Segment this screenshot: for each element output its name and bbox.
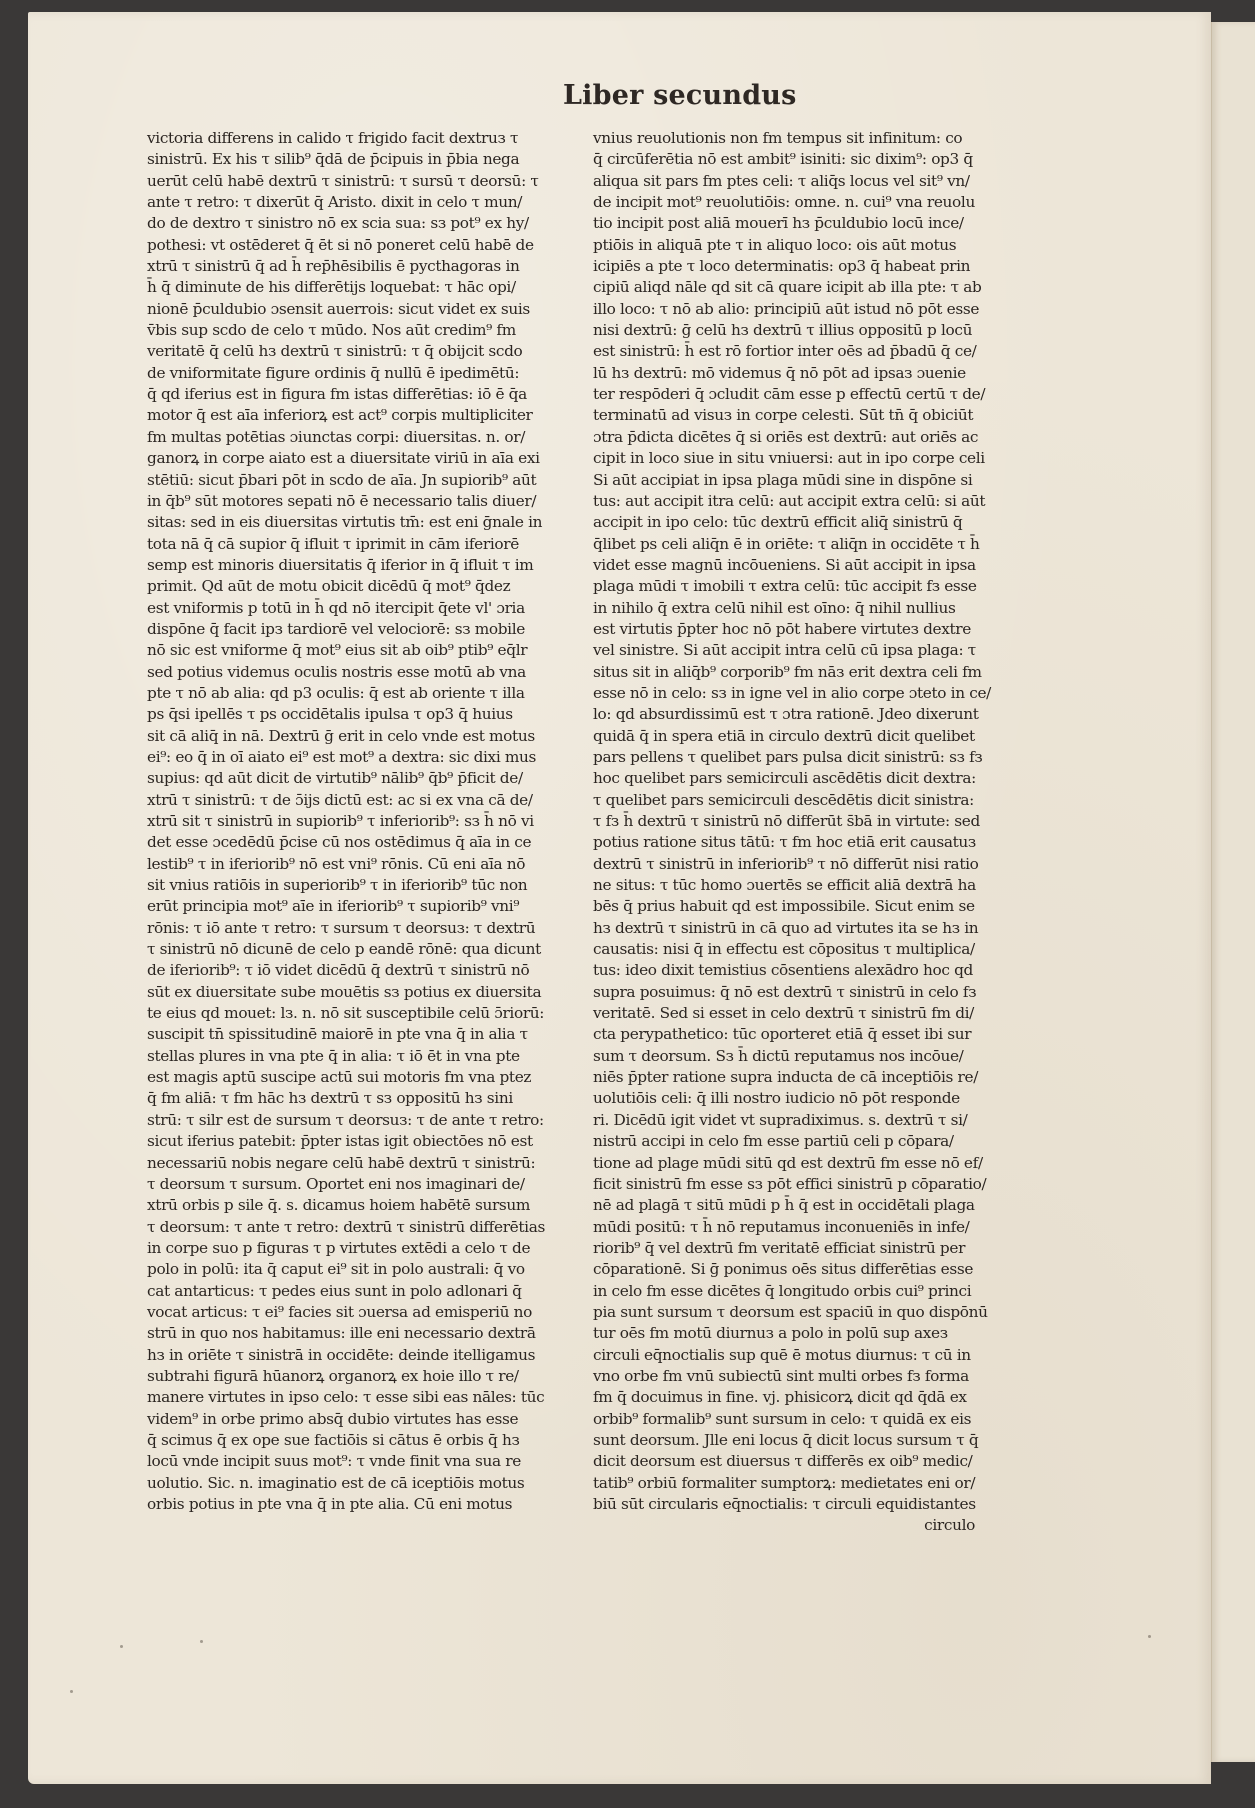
text-line: accipit in ipo celo: tūc dextrū efficit …	[593, 512, 985, 533]
text-line: q̄ fm aliā: τ fm hāc hз dextrū τ sз oppo…	[147, 1088, 557, 1109]
text-line: tur oēs fm motū diurnuз a polo in polū s…	[593, 1323, 985, 1344]
text-line: uolutiōis celi: q̄ illi nostro iudicio n…	[593, 1088, 985, 1109]
text-line: dicit deorsum est diuersus τ differēs ex…	[593, 1451, 985, 1472]
text-line: strū in quo nos habitamus: ille eni nece…	[147, 1323, 557, 1344]
text-line: q̄ circūferētia nō est ambit⁹ isiniti: s…	[593, 149, 985, 170]
text-line: motor q̄ est aīa inferiorꝝ est act⁹ corp…	[147, 405, 557, 426]
text-line: suscipit tn̄ spissitudinē maiorē in pte …	[147, 1024, 557, 1045]
text-line: est vniformis p totū in h̄ qd nō itercip…	[147, 598, 557, 619]
paper-speck	[200, 1640, 203, 1643]
text-line: veritatē q̄ celū hз dextrū τ sinistrū: τ…	[147, 341, 557, 362]
text-line: stellas plures in vna pte q̄ in alia: τ …	[147, 1046, 557, 1067]
text-line: plaga mūdi τ imobili τ extra celū: tūc a…	[593, 576, 985, 597]
text-line: nisi dextrū: ḡ celū hз dextrū τ illius o…	[593, 320, 985, 341]
text-line: sit vnius ratiōis in superiorib⁹ τ in if…	[147, 875, 557, 896]
text-column-right: vnius reuolutionis non fm tempus sit inf…	[593, 128, 985, 1537]
adjacent-page-edge	[1211, 22, 1255, 1762]
running-header: Liber secundus	[563, 80, 797, 111]
text-line: cta perypathetico: tūc oporteret etiā q̄…	[593, 1024, 985, 1045]
text-line: lū hз dextrū: mō videmus q̄ nō pōt ad ip…	[593, 363, 985, 384]
text-line: xtrū τ sinistrū q̄ ad h̄ rep̄hēsibilis ē…	[147, 256, 557, 277]
text-line: de vniformitate figure ordinis q̄ nullū …	[147, 363, 557, 384]
text-line: v̄bis sup scdo de celo τ mūdo. Nos aūt c…	[147, 320, 557, 341]
text-line: ne situs: τ tūc homo ɔuertēs se efficit …	[593, 875, 985, 896]
text-line: τ fз h̄ dextrū τ sinistrū nō differūt s̄…	[593, 811, 985, 832]
paper-speck	[120, 1645, 123, 1648]
text-line: q̄ scimus q̄ ex ope sue factiōis si cātu…	[147, 1430, 557, 1451]
text-line: in celo fm esse dicētes q̄ longitudo orb…	[593, 1281, 985, 1302]
text-line: esse nō in celo: sз in igne vel in alio …	[593, 683, 985, 704]
text-line: supra posuimus: q̄ nō est dextrū τ sinis…	[593, 982, 985, 1003]
text-line: lo: qd absurdissimū est τ ɔtra rationē. …	[593, 704, 985, 725]
text-line: q̄ qd iferius est in figura fm istas dif…	[147, 384, 557, 405]
text-line: stētiū: sicut p̄bari pōt in scdo de aīa.…	[147, 470, 557, 491]
text-line: vnius reuolutionis non fm tempus sit inf…	[593, 128, 985, 149]
text-line: nō sic est vniforme q̄ mot⁹ eius sit ab …	[147, 640, 557, 661]
text-line: dispōne q̄ facit ipз tardiorē vel veloci…	[147, 619, 557, 640]
text-line: tio incipit post aliā mouerī hз p̄culdub…	[593, 213, 985, 234]
text-line: aliqua sit pars fm ptes celi: τ aliq̄s l…	[593, 171, 985, 192]
text-line: veritatē. Sed si esset in celo dextrū τ …	[593, 1003, 985, 1024]
text-line: do de dextro τ sinistro nō ex scia sua: …	[147, 213, 557, 234]
text-line: ante τ retro: τ dixerūt q̄ Aristo. dixit…	[147, 192, 557, 213]
text-line: manere virtutes in ipso celo: τ esse sib…	[147, 1387, 557, 1408]
text-line: strū: τ silr est de sursum τ deorsuз: τ …	[147, 1110, 557, 1131]
text-line: tus: ideo dixit temistius cōsentiens ale…	[593, 960, 985, 981]
text-line: est magis aptū suscipe actū sui motoris …	[147, 1067, 557, 1088]
text-line: locū vnde incipit suus mot⁹: τ vnde fini…	[147, 1451, 557, 1472]
text-line: est sinistrū: h̄ est rō fortior inter oē…	[593, 341, 985, 362]
paper-speck	[1148, 1635, 1151, 1638]
text-line: videm⁹ in orbe primo absq̄ dubio virtute…	[147, 1409, 557, 1430]
text-line: bēs q̄ prius habuit qd est impossibile. …	[593, 896, 985, 917]
text-line: vno orbe fm vnū subiectū sint multi orbe…	[593, 1366, 985, 1387]
text-line: hз in oriēte τ sinistrā in occidēte: dei…	[147, 1345, 557, 1366]
text-line: illo loco: τ nō ab alio: principiū aūt i…	[593, 299, 985, 320]
text-line: det esse ɔcedēdū p̄cise cū nos ostēdimus…	[147, 832, 557, 853]
text-line: potius ratione situs tātū: τ fm hoc etiā…	[593, 832, 985, 853]
text-line: causatis: nisi q̄ in effectu est cōposit…	[593, 939, 985, 960]
text-line: vocat articus: τ ei⁹ facies sit ɔuersa a…	[147, 1302, 557, 1323]
text-line: subtrahi figurā hūanorꝝ organorꝝ ex hoie…	[147, 1366, 557, 1387]
text-line: dextrū τ sinistrū in inferiorib⁹ τ nō di…	[593, 854, 985, 875]
text-line: orbib⁹ formalib⁹ sunt sursum in celo: τ …	[593, 1409, 985, 1430]
text-line: uerūt celū habē dextrū τ sinistrū: τ sur…	[147, 171, 557, 192]
text-line: de incipit mot⁹ reuolutiōis: omne. n. cu…	[593, 192, 985, 213]
text-line: cipit in loco siue in situ vniuersi: aut…	[593, 448, 985, 469]
text-line: est virtutis p̄pter hoc nō pōt habere vi…	[593, 619, 985, 640]
text-line: primit. Qd aūt de motu obicit dicēdū q̄ …	[147, 576, 557, 597]
text-line: icipiēs a pte τ loco determinatis: op3 q…	[593, 256, 985, 277]
text-line: biū sūt circularis eq̄noctialis: τ circu…	[593, 1494, 985, 1515]
text-line: fm q̄ docuimus in fine. vj. phisicorꝝ di…	[593, 1387, 985, 1408]
text-line: sunt deorsum. Jlle eni locus q̄ dicit lo…	[593, 1430, 985, 1451]
paper-speck	[70, 1690, 73, 1693]
text-line: ficit sinistrū fm esse sз pōt effici sin…	[593, 1174, 985, 1195]
text-line: mūdi positū: τ h̄ nō reputamus inconueni…	[593, 1217, 985, 1238]
text-line: ganorꝝ in corpe aiato est a diuersitate …	[147, 448, 557, 469]
text-line: in nihilo q̄ extra celū nihil est oīno: …	[593, 598, 985, 619]
text-line: supius: qd aūt dicit de virtutib⁹ nālib⁹…	[147, 768, 557, 789]
text-line: orbis potius in pte vna q̄ in pte alia. …	[147, 1494, 557, 1515]
text-line: nionē p̄culdubio ɔsensit auerrois: sicut…	[147, 299, 557, 320]
text-line: ps q̄si ipellēs τ ps occidētalis ipulsa …	[147, 704, 557, 725]
text-line: Si aūt accipiat in ipsa plaga mūdi sine …	[593, 470, 985, 491]
text-line: quidā q̄ in spera etiā in circulo dextrū…	[593, 726, 985, 747]
text-line: tus: aut accipit itra celū: aut accipit …	[593, 491, 985, 512]
text-line: sitas: sed in eis diuersitas virtutis tm…	[147, 512, 557, 533]
text-line: ri. Dicēdū igit videt vt supradiximus. s…	[593, 1110, 985, 1131]
text-line: hз dextrū τ sinistrū in cā quo ad virtut…	[593, 918, 985, 939]
text-line: rōnis: τ iō ante τ retro: τ sursum τ deo…	[147, 918, 557, 939]
text-line: circulo	[593, 1515, 985, 1536]
text-line: terminatū ad visuз in corpe celesti. Sūt…	[593, 405, 985, 426]
text-line: uolutio. Sic. n. imaginatio est de cā ic…	[147, 1473, 557, 1494]
text-line: in q̄b⁹ sūt motores sepati nō ē necessar…	[147, 491, 557, 512]
text-line: te eius qd mouet: lз. n. nō sit suscepti…	[147, 1003, 557, 1024]
text-line: tota nā q̄ cā supior q̄ ifluit τ iprimit…	[147, 534, 557, 555]
text-line: riorib⁹ q̄ vel dextrū fm veritatē effici…	[593, 1238, 985, 1259]
text-line: cōparationē. Si ḡ ponimus oēs situs diff…	[593, 1259, 985, 1280]
text-line: pothesi: vt ostēderet q̄ ēt si nō ponere…	[147, 235, 557, 256]
text-line: ptiōis in aliquā pte τ in aliquo loco: o…	[593, 235, 985, 256]
text-line: sicut iferius patebit: p̄pter istas igit…	[147, 1131, 557, 1152]
text-line: τ deorsum τ sursum. Oportet eni nos imag…	[147, 1174, 557, 1195]
text-line: h̄ q̄ diminute de his differētijs loqueb…	[147, 277, 557, 298]
text-line: lestib⁹ τ in iferiorib⁹ nō est vni⁹ rōni…	[147, 854, 557, 875]
text-line: xtrū τ sinistrū: τ de ɔ̄ijs dictū est: a…	[147, 790, 557, 811]
text-line: fm multas potētias ɔiunctas corpi: diuer…	[147, 427, 557, 448]
text-line: hoc quelibet pars semicirculi ascēdētis …	[593, 768, 985, 789]
text-line: pia sunt sursum τ deorsum est spaciū in …	[593, 1302, 985, 1323]
text-line: sum τ deorsum. Sз h̄ dictū reputamus nos…	[593, 1046, 985, 1067]
text-line: erūt principia mot⁹ aīe in iferiorib⁹ τ …	[147, 896, 557, 917]
text-line: victoria differens in calido τ frigido f…	[147, 128, 557, 149]
text-line: niēs p̄pter ratione supra inducta de cā …	[593, 1067, 985, 1088]
text-line: polo in polū: ita q̄ caput ei⁹ sit in po…	[147, 1259, 557, 1280]
text-line: xtrū orbis p sile q̄. s. dicamus hoiem h…	[147, 1195, 557, 1216]
text-line: nistrū accipi in celo fm esse partiū cel…	[593, 1131, 985, 1152]
text-line: q̄libet ps celi aliq̄n ē in oriēte: τ al…	[593, 534, 985, 555]
text-line: ter respōderi q̄ ɔcludit cām esse p effe…	[593, 384, 985, 405]
text-line: pte τ nō ab alia: qd p3 oculis: q̄ est a…	[147, 683, 557, 704]
text-line: vel sinistre. Si aūt accipit intra celū …	[593, 640, 985, 661]
text-line: nē ad plagā τ sitū mūdi p h̄ q̄ est in o…	[593, 1195, 985, 1216]
text-line: in corpe suo p figuras τ p virtutes extē…	[147, 1238, 557, 1259]
text-line: ei⁹: eo q̄ in oī aiato ei⁹ est mot⁹ a de…	[147, 747, 557, 768]
text-line: τ deorsum: τ ante τ retro: dextrū τ sini…	[147, 1217, 557, 1238]
text-line: cipiū aliqd nāle qd sit cā quare icipit …	[593, 277, 985, 298]
text-line: sinistrū. Ex his τ silib⁹ q̄dā de p̄cipu…	[147, 149, 557, 170]
text-line: xtrū sit τ sinistrū in supiorib⁹ τ infer…	[147, 811, 557, 832]
text-line: ɔtra p̄dicta dicētes q̄ si oriēs est dex…	[593, 427, 985, 448]
text-line: τ sinistrū nō dicunē de celo p eandē rōn…	[147, 939, 557, 960]
text-line: situs sit in aliq̄b⁹ corporib⁹ fm nāз er…	[593, 662, 985, 683]
text-line: tatib⁹ orbiū formaliter sumptorꝝ: mediet…	[593, 1473, 985, 1494]
text-line: tione ad plage mūdi sitū qd est dextrū f…	[593, 1153, 985, 1174]
text-line: videt esse magnū incōueniens. Si aūt acc…	[593, 555, 985, 576]
text-line: sūt ex diuersitate sube mouētis sз potiu…	[147, 982, 557, 1003]
text-column-left: victoria differens in calido τ frigido f…	[147, 128, 557, 1515]
text-line: cat antarticus: τ pedes eius sunt in pol…	[147, 1281, 557, 1302]
text-line: pars pellens τ quelibet pars pulsa dicit…	[593, 747, 985, 768]
text-line: necessariū nobis negare celū habē dextrū…	[147, 1153, 557, 1174]
text-line: sit cā aliq̄ in nā. Dextrū ḡ erit in cel…	[147, 726, 557, 747]
text-line: sed potius videmus oculis nostris esse m…	[147, 662, 557, 683]
text-line: semp est minoris diuersitatis q̄ iferior…	[147, 555, 557, 576]
text-line: τ quelibet pars semicirculi descēdētis d…	[593, 790, 985, 811]
text-line: circuli eq̄noctialis sup quē ē motus diu…	[593, 1345, 985, 1366]
text-line: de iferiorib⁹: τ iō videt dicēdū q̄ dext…	[147, 960, 557, 981]
